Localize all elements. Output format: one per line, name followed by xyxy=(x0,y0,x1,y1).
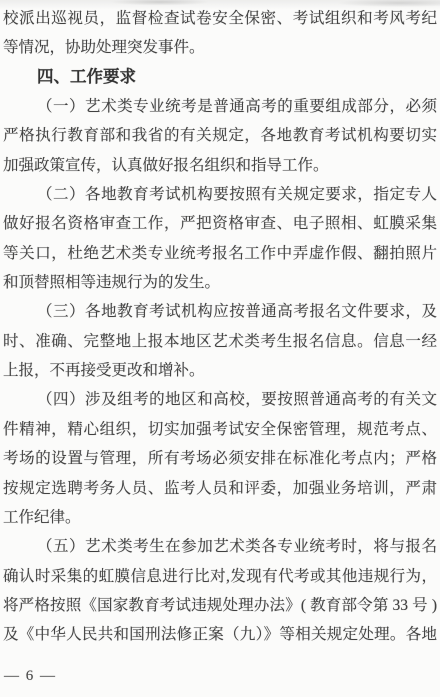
text-line: 工作纪律。 xyxy=(3,503,437,532)
text-line: 校派出巡视员，监督检查试卷安全保密、考试组织和考风考纪 xyxy=(3,4,437,33)
text-line: 加强政策宣传，认真做好报名组织和指导工作。 xyxy=(3,151,437,180)
page-number: — 6 — xyxy=(4,668,57,685)
text-line: 等关口，杜绝艺术类专业统考报名工作中弄虚作假、翻拍照片 xyxy=(3,239,437,268)
text-line: 件精神，精心组织，切实加强考试安全保密管理，规范考点、 xyxy=(3,415,437,444)
text-line: 等情况，协助处理突发事件。 xyxy=(3,33,437,62)
text-line: 时、准确、完整地上报本地区艺术类考生报名信息。信息一经 xyxy=(3,327,437,356)
text-line: 确认时采集的虹膜信息进行比对,发现有代考或其他违规行为， xyxy=(3,562,437,591)
text-line: 上报，不再接受更改和增补。 xyxy=(3,356,437,385)
text-line: 按规定选聘考务人员、监考人员和评委，加强业务培训，严肃 xyxy=(3,474,437,503)
text-line: 将严格按照《国家教育考试违规处理办法》( 教育部令第 33 号 ) xyxy=(3,591,437,620)
text-line: 及《中华人民共和国刑法修正案（九）》等相关规定处理。各地 xyxy=(3,620,437,649)
document-body: 校派出巡视员，监督检查试卷安全保密、考试组织和考风考纪等情况，协助处理突发事件。… xyxy=(3,4,437,650)
text-line: 严格执行教育部和我省的有关规定，各地教育考试机构要切实 xyxy=(3,121,437,150)
text-line: （一）艺术类专业统考是普通高考的重要组成部分，必须 xyxy=(3,92,437,121)
text-line: 做好报名资格审查工作，严把资格审查、电子照相、虹膜采集 xyxy=(3,209,437,238)
text-line: 考场的设置与管理，所有考场必须安排在标准化考点内；严格 xyxy=(3,444,437,473)
text-line: （五）艺术类考生在参加艺术类各专业统考时，将与报名 xyxy=(3,532,437,561)
text-line: （三）各地教育考试机构应按普通高考报名文件要求，及 xyxy=(3,297,437,326)
section-heading: 四、工作要求 xyxy=(3,63,437,92)
text-line: （四）涉及组考的地区和高校，要按照普通高考的有关文 xyxy=(3,385,437,414)
text-line: （二）各地教育考试机构要按照有关规定要求，指定专人 xyxy=(3,180,437,209)
text-line: 和顶替照相等违规行为的发生。 xyxy=(3,268,437,297)
